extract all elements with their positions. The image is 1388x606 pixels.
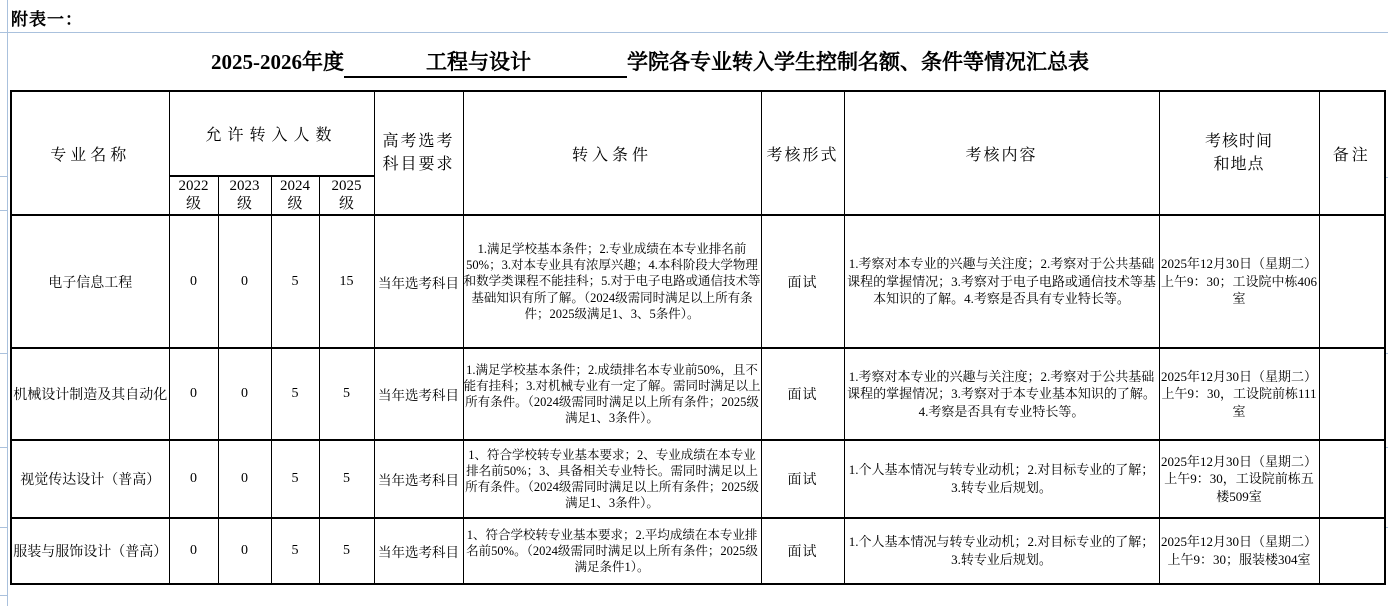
cell-content: 1.考察对本专业的兴趣与关注度；2.考察对于公共基础课程的掌握情况；3.考察对于… [844,215,1159,348]
excel-gridline-tick [0,353,7,354]
col-header-quota-group: 允许转入人数 [169,91,374,176]
cell-quota-2023: 0 [218,440,271,518]
table-row: 机械设计制造及其自动化 0 0 5 5 当年选考科目 1.满足学校基本条件；2.… [11,348,1385,440]
cell-remarks [1319,348,1385,440]
excel-gridline-tick [0,447,7,448]
cell-time-place: 2025年12月30日（星期二）上午9：30，工设院前栋五楼509室 [1159,440,1319,518]
cell-remarks [1319,518,1385,584]
cell-remarks [1319,440,1385,518]
col-header-content: 考核内容 [844,91,1159,215]
cell-time-place: 2025年12月30日（星期二）上午9：30；服装楼304室 [1159,518,1319,584]
title-suffix: 学院各专业转入学生控制名额、条件等情况汇总表 [627,50,1089,74]
cell-conditions: 1.满足学校基本条件；2.成绩排名本专业前50%，且不能有挂科；3.对机械专业有… [463,348,761,440]
cell-quota-2025: 15 [319,215,374,348]
cell-quota-2023: 0 [218,215,271,348]
title-blank-underline [344,54,422,78]
transfer-summary-table: 专业名称 允许转入人数 高考选考 科目要求 转入条件 考核形式 考核内容 考核时… [10,90,1386,585]
col-header-time-line1: 考核时间 [1205,133,1273,150]
cell-form: 面试 [761,348,844,440]
cell-conditions: 1、符合学校转专业基本要求；2.平均成绩在本专业排名前50%。（2024级需同时… [463,518,761,584]
cell-gaokao: 当年选考科目 [374,215,463,348]
year-suffix: 级 [237,196,252,212]
col-header-conditions: 转入条件 [463,91,761,215]
cell-gaokao: 当年选考科目 [374,348,463,440]
cell-quota-2022: 0 [169,348,218,440]
cell-quota-2024: 5 [271,348,319,440]
cell-remarks [1319,215,1385,348]
cell-quota-2025: 5 [319,348,374,440]
table-row: 服装与服饰设计（普高） 0 0 5 5 当年选考科目 1、符合学校转专业基本要求… [11,518,1385,584]
year-suffix: 级 [339,196,354,212]
cell-quota-2022: 0 [169,440,218,518]
title-college-name: 工程与设计 [422,46,535,78]
cell-form: 面试 [761,215,844,348]
year-suffix: 级 [186,196,201,212]
excel-gridline-tick [0,595,7,596]
col-header-year-2025: 2025 级 [319,176,374,215]
year-number: 2023 [230,178,260,194]
col-header-form: 考核形式 [761,91,844,215]
col-header-remarks: 备注 [1319,91,1385,215]
col-header-year-2024: 2024 级 [271,176,319,215]
cell-quota-2023: 0 [218,518,271,584]
cell-content: 1.考察对本专业的兴趣与关注度；2.考察对于公共基础课程的掌握情况；3.考察对于… [844,348,1159,440]
cell-quota-2025: 5 [319,440,374,518]
cell-quota-2022: 0 [169,518,218,584]
cell-conditions: 1、符合学校转专业基本要求；2、专业成绩在本专业排名前50%；3、具备相关专业特… [463,440,761,518]
col-header-major: 专业名称 [11,91,169,215]
cell-content: 1.个人基本情况与转专业动机；2.对目标专业的了解；3.转专业后规划。 [844,440,1159,518]
year-suffix: 级 [287,196,302,212]
cell-quota-2023: 0 [218,348,271,440]
excel-gridline-tick [0,210,7,211]
cell-major: 视觉传达设计（普高） [11,440,169,518]
header-row-main: 专业名称 允许转入人数 高考选考 科目要求 转入条件 考核形式 考核内容 考核时… [11,91,1385,176]
cell-major: 服装与服饰设计（普高） [11,518,169,584]
col-header-time-line2: 和地点 [1214,156,1265,173]
excel-gridline-tick [0,527,7,528]
col-header-time-place: 考核时间 和地点 [1159,91,1319,215]
cell-quota-2024: 5 [271,215,319,348]
spreadsheet-canvas: 附表一： 2025-2026年度工程与设计学院各专业转入学生控制名额、条件等情况… [0,0,1388,606]
title-blank-underline [535,54,627,78]
table-row: 视觉传达设计（普高） 0 0 5 5 当年选考科目 1、符合学校转专业基本要求；… [11,440,1385,518]
col-header-year-2023: 2023 级 [218,176,271,215]
cell-quota-2024: 5 [271,440,319,518]
cell-quota-2025: 5 [319,518,374,584]
title-prefix: 2025-2026年度 [211,50,344,74]
cell-quota-2024: 5 [271,518,319,584]
col-header-gaokao: 高考选考 科目要求 [374,91,463,215]
year-number: 2024 [280,178,310,194]
cell-gaokao: 当年选考科目 [374,440,463,518]
table-row: 电子信息工程 0 0 5 15 当年选考科目 1.满足学校基本条件；2.专业成绩… [11,215,1385,348]
excel-gridline-horizontal [0,32,1388,33]
excel-gridline-tick [0,176,7,177]
col-header-gaokao-line2: 科目要求 [383,156,455,173]
cell-conditions: 1.满足学校基本条件；2.专业成绩在本专业排名前50%；3.对本专业具有浓厚兴趣… [463,215,761,348]
cell-major: 电子信息工程 [11,215,169,348]
col-header-year-2022: 2022 级 [169,176,218,215]
cell-time-place: 2025年12月30日（星期二）上午9：30；工设院中栋406室 [1159,215,1319,348]
cell-quota-2022: 0 [169,215,218,348]
excel-gridline-vertical [7,0,8,606]
cell-gaokao: 当年选考科目 [374,518,463,584]
attachment-label: 附表一： [11,5,83,30]
cell-time-place: 2025年12月30日（星期二）上午9：30，工设院前栋111室 [1159,348,1319,440]
cell-major: 机械设计制造及其自动化 [11,348,169,440]
cell-content: 1.个人基本情况与转专业动机；2.对目标专业的了解；3.转专业后规划。 [844,518,1159,584]
page-title: 2025-2026年度工程与设计学院各专业转入学生控制名额、条件等情况汇总表 [0,46,1300,78]
year-number: 2022 [179,178,209,194]
year-number: 2025 [332,178,362,194]
cell-form: 面试 [761,518,844,584]
cell-form: 面试 [761,440,844,518]
col-header-gaokao-line1: 高考选考 [383,133,455,150]
